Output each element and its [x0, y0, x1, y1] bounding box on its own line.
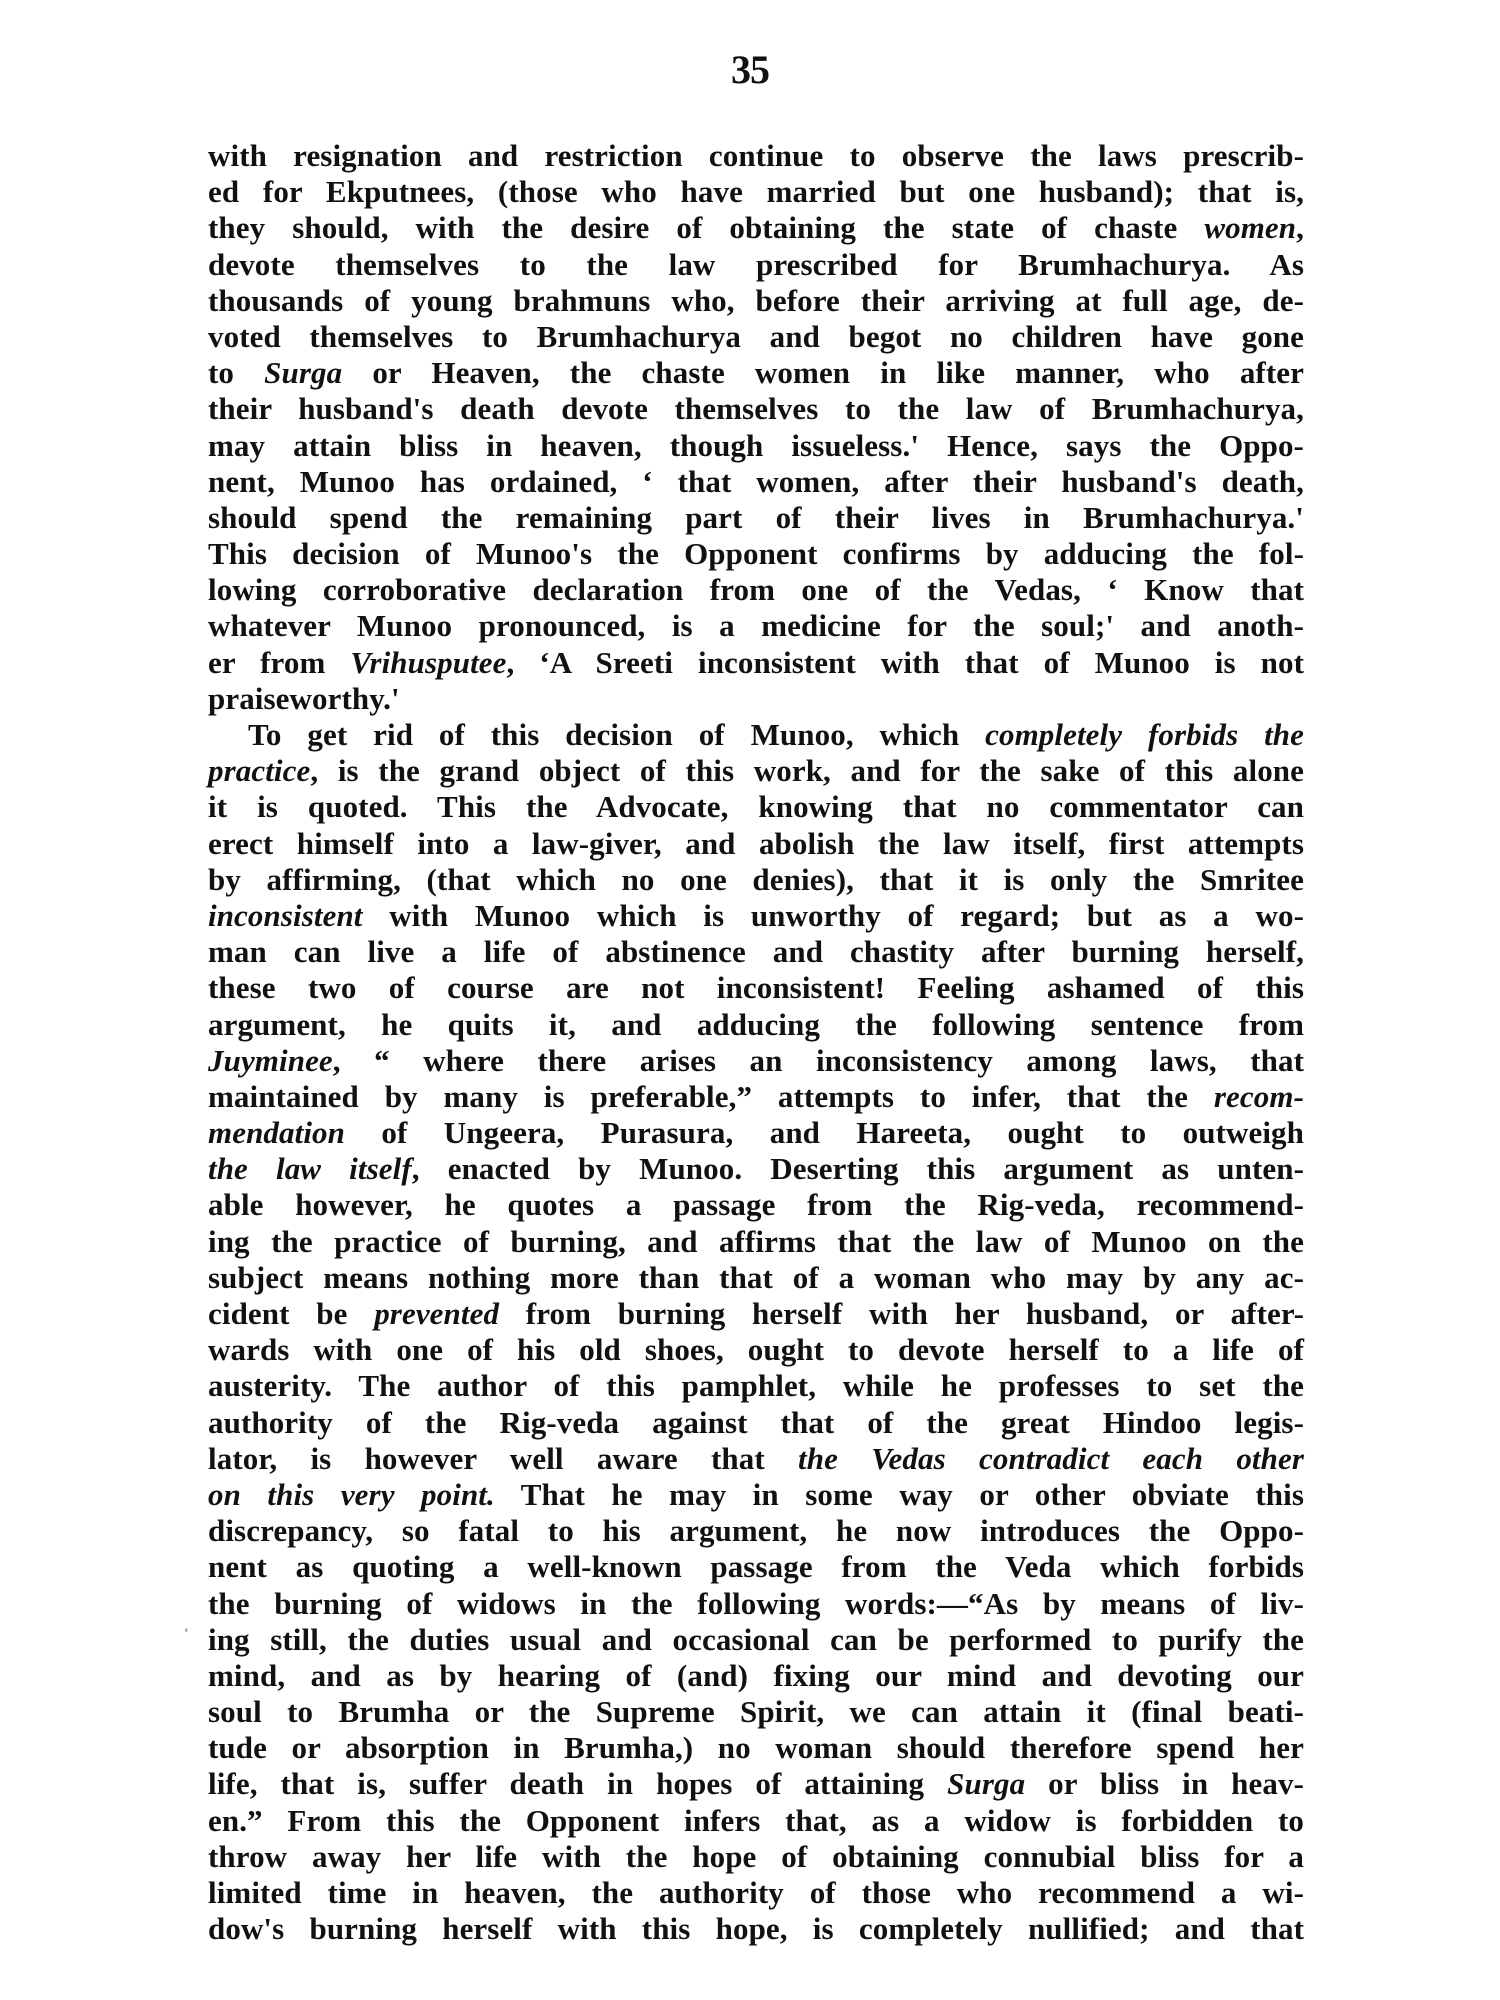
text-segment: with Munoo which is unworthy of regard; …: [363, 898, 1304, 933]
text-segment: nent as quoting a well-known passage fro…: [208, 1549, 1304, 1584]
body-text: with resignation and restriction continu…: [208, 138, 1304, 1947]
text-line: argument, he quits it, and adducing the …: [208, 1007, 1304, 1043]
text-segment: able however, he quotes a passage from t…: [208, 1187, 1304, 1222]
text-line: soul to Brumha or the Supreme Spirit, we…: [208, 1694, 1304, 1730]
text-line: praiseworthy.': [208, 681, 1304, 717]
text-segment: these two of course are not inconsistent…: [208, 970, 1304, 1005]
text-segment: they should, with the desire of obtainin…: [208, 210, 1204, 245]
text-line: erect himself into a law-giver, and abol…: [208, 826, 1304, 862]
text-segment: whatever Munoo pronounced, is a medicine…: [208, 608, 1304, 643]
text-line: may attain bliss in heaven, though issue…: [208, 428, 1304, 464]
text-line: throw away her life with the hope of obt…: [208, 1839, 1304, 1875]
text-segment: throw away her life with the hope of obt…: [208, 1839, 1304, 1874]
text-segment: life, that is, suffer death in hopes of …: [208, 1766, 947, 1801]
text-line: Juyminee, “ where there arises an incons…: [208, 1043, 1304, 1079]
text-line: man can live a life of abstinence and ch…: [208, 934, 1304, 970]
text-segment: To get rid of this decision of Munoo, wh…: [248, 717, 985, 752]
italic-text: completely forbids the: [985, 717, 1304, 752]
text-line: nent, Munoo has ordained, ‘ that women, …: [208, 464, 1304, 500]
text-line: their husband's death devote themselves …: [208, 391, 1304, 427]
text-line: er from Vrihusputee, ‘A Sreeti inconsist…: [208, 645, 1304, 681]
text-line: practice, is the grand object of this wo…: [208, 753, 1304, 789]
text-line: austerity. The author of this pamphlet, …: [208, 1368, 1304, 1404]
text-segment: , ‘A Sreeti inconsistent with that of Mu…: [507, 645, 1304, 680]
text-line: able however, he quotes a passage from t…: [208, 1187, 1304, 1223]
italic-text: Surga: [947, 1766, 1025, 1801]
text-segment: soul to Brumha or the Supreme Spirit, we…: [208, 1694, 1304, 1729]
text-segment: ing still, the duties usual and occasion…: [208, 1622, 1304, 1657]
text-segment: thousands of young brahmuns who, before …: [208, 283, 1304, 318]
text-segment: This decision of Munoo's the Opponent co…: [208, 536, 1304, 571]
text-line: ed for Ekputnees, (those who have marrie…: [208, 174, 1304, 210]
text-segment: subject means nothing more than that of …: [208, 1260, 1304, 1295]
text-segment: by affirming, (that which no one denies)…: [208, 862, 1304, 897]
text-segment: authority of the Rig-veda against that o…: [208, 1405, 1304, 1440]
text-line: they should, with the desire of obtainin…: [208, 210, 1304, 246]
text-line: these two of course are not inconsistent…: [208, 970, 1304, 1006]
text-segment: limited time in heaven, the authority of…: [208, 1875, 1304, 1910]
text-line: by affirming, (that which no one denies)…: [208, 862, 1304, 898]
text-segment: to: [208, 355, 264, 390]
text-segment: argument, he quits it, and adducing the …: [208, 1007, 1304, 1042]
italic-text: inconsistent: [208, 898, 363, 933]
text-segment: or bliss in heav-: [1025, 1766, 1304, 1801]
text-line: en.” From this the Opponent infers that,…: [208, 1803, 1304, 1839]
paragraph: To get rid of this decision of Munoo, wh…: [208, 717, 1304, 1947]
text-line: to Surga or Heaven, the chaste women in …: [208, 355, 1304, 391]
text-segment: Ekputnees: [326, 174, 466, 209]
italic-text: women: [1204, 210, 1296, 245]
text-segment: man can live a life of abstinence and ch…: [208, 934, 1304, 969]
text-line: This decision of Munoo's the Opponent co…: [208, 536, 1304, 572]
text-segment: cident be: [208, 1296, 374, 1331]
text-line: tude or absorption in Brumha,) no woman …: [208, 1730, 1304, 1766]
italic-text: the Vedas contradict each other: [798, 1441, 1304, 1476]
text-line: on this very point. That he may in some …: [208, 1477, 1304, 1513]
italic-text: the law itself: [208, 1151, 412, 1186]
text-segment: with resignation and restriction continu…: [208, 138, 1304, 173]
text-line: with resignation and restriction continu…: [208, 138, 1304, 174]
text-segment: of Ungeera, Purasura, and Hareeta, ought…: [345, 1115, 1304, 1150]
text-segment: maintained by many is preferable,” attem…: [208, 1079, 1214, 1114]
text-segment: ing the practice of burning, and affirms…: [208, 1224, 1304, 1259]
text-line: the burning of widows in the following w…: [208, 1586, 1304, 1622]
text-segment: wards with one of his old shoes, ought t…: [208, 1332, 1304, 1367]
text-segment: That he may in some way or other obviate…: [495, 1477, 1304, 1512]
text-segment: lowing corroborative declaration from on…: [208, 572, 1304, 607]
text-segment: the burning of widows in the following w…: [208, 1586, 1304, 1621]
text-segment: en.” From this the Opponent infers that,…: [208, 1803, 1304, 1838]
text-segment: from burning herself with her husband, o…: [499, 1296, 1304, 1331]
text-segment: , (those who have married but one husban…: [466, 174, 1304, 209]
italic-text: mendation: [208, 1115, 345, 1150]
italic-text: recom-: [1214, 1079, 1304, 1114]
italic-text: Juyminee: [208, 1043, 333, 1078]
text-segment: ed for: [208, 174, 326, 209]
text-line: mind, and as by hearing of (and) fixing …: [208, 1658, 1304, 1694]
text-line: it is quoted. This the Advocate, knowing…: [208, 789, 1304, 825]
text-line: authority of the Rig-veda against that o…: [208, 1405, 1304, 1441]
text-line: ing the practice of burning, and affirms…: [208, 1224, 1304, 1260]
text-segment: er from: [208, 645, 350, 680]
text-line: cident be prevented from burning herself…: [208, 1296, 1304, 1332]
italic-text: Surga: [264, 355, 342, 390]
italic-text: prevented: [374, 1296, 499, 1331]
text-segment: austerity. The author of this pamphlet, …: [208, 1368, 1304, 1403]
text-line: the law itself, enacted by Munoo. Desert…: [208, 1151, 1304, 1187]
page-number: 35: [0, 48, 1500, 92]
text-line: limited time in heaven, the authority of…: [208, 1875, 1304, 1911]
text-line: subject means nothing more than that of …: [208, 1260, 1304, 1296]
text-line: wards with one of his old shoes, ought t…: [208, 1332, 1304, 1368]
text-line: thousands of young brahmuns who, before …: [208, 283, 1304, 319]
text-segment: voted themselves to Brumhachurya and beg…: [208, 319, 1304, 354]
text-line: discrepancy, so fatal to his argument, h…: [208, 1513, 1304, 1549]
text-line: should spend the remaining part of their…: [208, 500, 1304, 536]
italic-text: on this very point.: [208, 1477, 495, 1512]
italic-text: Vrihusputee: [350, 645, 506, 680]
text-segment: , is the grand object of this work, and …: [310, 753, 1304, 788]
text-segment: dow's burning herself with this hope, is…: [208, 1911, 1304, 1946]
text-segment: devote themselves to the law prescribed …: [208, 247, 1304, 282]
text-segment: , enacted by Munoo. Deserting this argum…: [412, 1151, 1304, 1186]
text-segment: should spend the remaining part of their…: [208, 500, 1304, 535]
text-line: life, that is, suffer death in hopes of …: [208, 1766, 1304, 1802]
stray-ink-mark: ‘: [184, 1626, 189, 1642]
text-line: maintained by many is preferable,” attem…: [208, 1079, 1304, 1115]
text-segment: ,: [1296, 210, 1304, 245]
text-segment: or Heaven, the chaste women in like mann…: [342, 355, 1304, 390]
text-line: mendation of Ungeera, Purasura, and Hare…: [208, 1115, 1304, 1151]
text-segment: nent, Munoo has ordained, ‘ that women, …: [208, 464, 1304, 499]
text-line: ing still, the duties usual and occasion…: [208, 1622, 1304, 1658]
text-segment: may attain bliss in heaven, though issue…: [208, 428, 1304, 463]
text-line: inconsistent with Munoo which is unworth…: [208, 898, 1304, 934]
text-line: lowing corroborative declaration from on…: [208, 572, 1304, 608]
text-segment: praiseworthy.': [208, 681, 400, 716]
italic-text: practice: [208, 753, 310, 788]
text-segment: erect himself into a law-giver, and abol…: [208, 826, 1304, 861]
text-segment: mind, and as by hearing of (and) fixing …: [208, 1658, 1304, 1693]
text-line: lator, is however well aware that the Ve…: [208, 1441, 1304, 1477]
text-line: whatever Munoo pronounced, is a medicine…: [208, 608, 1304, 644]
text-segment: discrepancy, so fatal to his argument, h…: [208, 1513, 1304, 1548]
text-line: devote themselves to the law prescribed …: [208, 247, 1304, 283]
text-line: voted themselves to Brumhachurya and beg…: [208, 319, 1304, 355]
text-segment: lator, is however well aware that: [208, 1441, 798, 1476]
text-segment: it is quoted. This the Advocate, knowing…: [208, 789, 1304, 824]
text-line: To get rid of this decision of Munoo, wh…: [208, 717, 1304, 753]
text-segment: their husband's death devote themselves …: [208, 391, 1304, 426]
text-segment: , “ where there arises an inconsistency …: [333, 1043, 1304, 1078]
paragraph: with resignation and restriction continu…: [208, 138, 1304, 717]
text-line: nent as quoting a well-known passage fro…: [208, 1549, 1304, 1585]
text-line: dow's burning herself with this hope, is…: [208, 1911, 1304, 1947]
text-segment: tude or absorption in Brumha,) no woman …: [208, 1730, 1304, 1765]
